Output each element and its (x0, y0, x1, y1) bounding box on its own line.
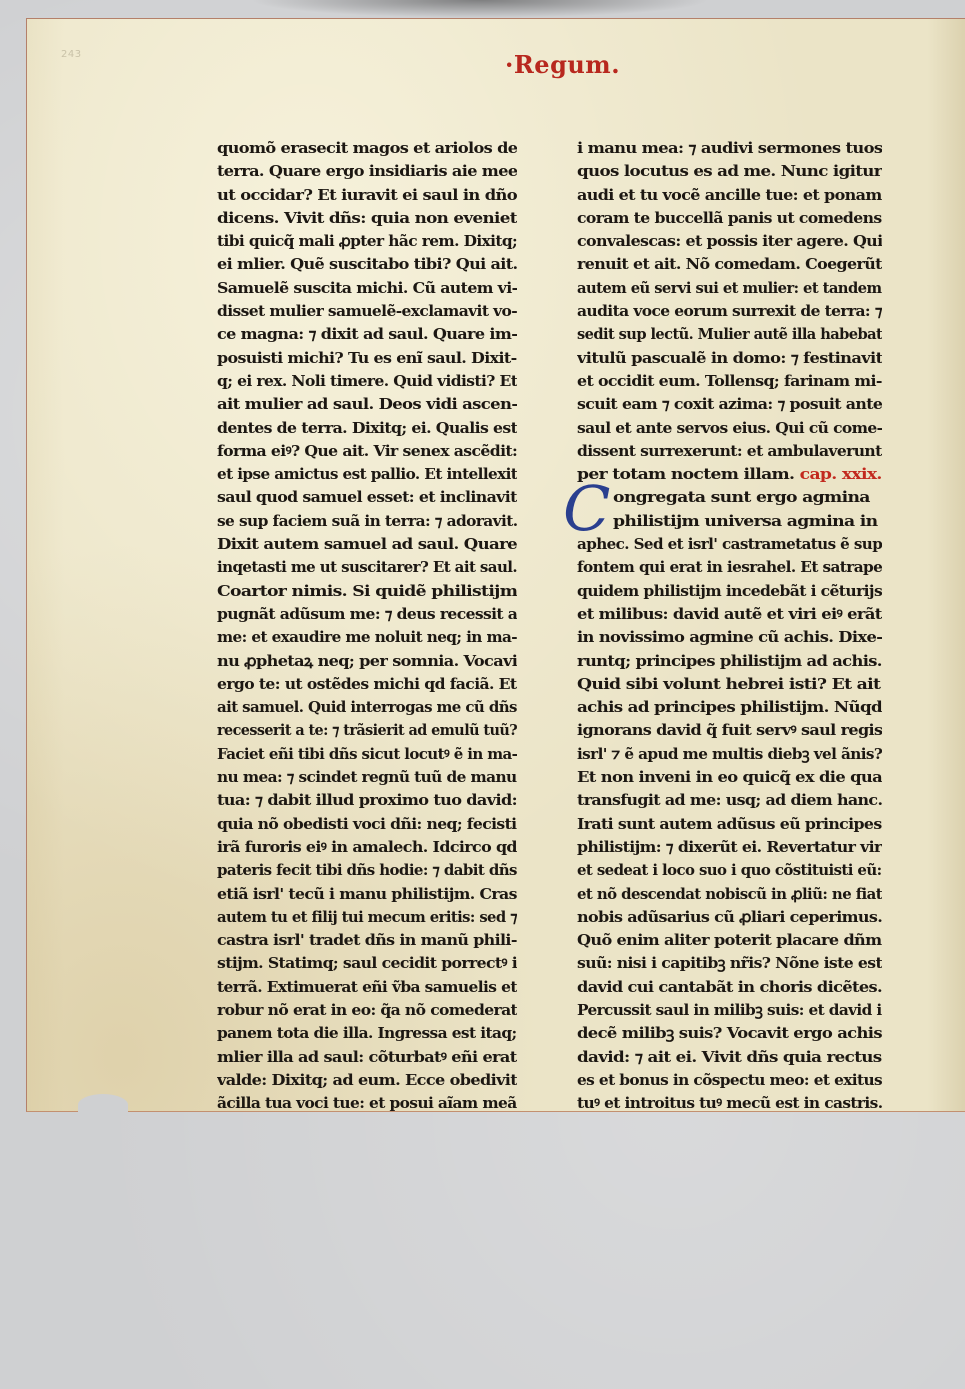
text-line: me: et exaudire me noluit neq; in ma- (217, 626, 517, 649)
text-line: saul et ante servos eius. Qui cũ come- (577, 417, 882, 440)
text-line: et ipse amictus est pallio. Et intellexi… (217, 463, 517, 486)
running-head: ·Regum. (505, 50, 620, 79)
text-line: quia nõ obedisti voci dñi: neq; fecisti (217, 813, 517, 836)
text-line: renuit et ait. Nõ comedam. Coegerũt (577, 253, 882, 276)
text-line: Percussit saul in milibꝫ suis: et david … (577, 999, 882, 1022)
text-line: pugnãt adũsum me: ⁊ deus recessit a (217, 603, 517, 626)
text-line: forma eiꝰ? Que ait. Vir senex ascẽdit: (217, 440, 517, 463)
text-line: vitulũ pascualẽ in domo: ⁊ festinavit (577, 347, 882, 370)
text-line: quidem philistijm incedebãt i cẽturijs (577, 580, 882, 603)
text-line: tua: ⁊ dabit illud proximo tuo david: (217, 789, 517, 812)
text-line: Samuelẽ suscita michi. Cũ autem vi- (217, 277, 517, 300)
text-line: et nõ descendat nobiscũ in ꝓliũ: ne fiat (577, 883, 882, 906)
text-line: q; ei rex. Noli timere. Quid vidisti? Et (217, 370, 517, 393)
text-line: se sup faciem suã in terra: ⁊ adoravit. (217, 510, 517, 533)
text-line: et sedeat i loco suo i quo cõstituisti e… (577, 859, 882, 882)
chapter-heading: cap. xxix. (800, 465, 882, 483)
text-line: Dixit autem samuel ad saul. Quare (217, 533, 517, 556)
text-line: Coartor nimis. Si quidẽ philistijm (217, 580, 517, 603)
text-line: quos locutus es ad me. Nunc igitur (577, 160, 882, 183)
text-line: suũ: nisi i capitibꝫ nr̃is? Nõne iste es… (577, 952, 882, 975)
text-line: nobis adũsarius cũ ꝓliari ceperimus. (577, 906, 882, 929)
text-line: coram te buccellã panis ut comedens (577, 207, 882, 230)
text-line: panem tota die illa. Ingressa est itaq; (217, 1022, 517, 1045)
text-line: inqetasti me ut suscitarer? Et ait saul. (217, 556, 517, 579)
text-line: tibi quicq̃ mali ꝓpter hãc rem. Dixitq; (217, 230, 517, 253)
folio-number: 243 (61, 49, 82, 60)
text-line: scuit eam ⁊ coxit azima: ⁊ posuit ante (577, 393, 882, 416)
text-line: ongregata sunt ergo agmina (577, 486, 882, 509)
text-line: david cui cantabãt in choris dicẽtes. (577, 976, 882, 999)
page-tear (78, 1094, 128, 1116)
text-line: mlier illa ad saul: cõturbatꝰ eñi erat (217, 1046, 517, 1069)
text-line: Quõ enim aliter poterit placare dñm (577, 929, 882, 952)
text-column-right: i manu mea: ⁊ audivi sermones tuosquos l… (577, 137, 882, 1115)
text-line: in novissimo agmine cũ achis. Dixe- (577, 626, 882, 649)
text-line: i manu mea: ⁊ audivi sermones tuos (577, 137, 882, 160)
text-line: ei mlier. Quẽ suscitabo tibi? Qui ait. (217, 253, 517, 276)
text-line: audi et tu vocẽ ancille tue: et ponam (577, 184, 882, 207)
text-line: dentes de terra. Dixitq; ei. Qualis est (217, 417, 517, 440)
text-line: disset mulier samuelẽ-exclamavit vo- (217, 300, 517, 323)
text-line: decẽ milibꝫ suis? Vocavit ergo achis (577, 1022, 882, 1045)
text-line: runtq; principes philistijm ad achis. (577, 650, 882, 673)
text-line: philistijm: ⁊ dixerũt ei. Revertatur vir (577, 836, 882, 859)
text-line: transfugit ad me: usq; ad diem hanc. (577, 789, 882, 812)
text-line: audita voce eorum surrexit de terra: ⁊ (577, 300, 882, 323)
text-line: etiã isrl' tecũ i manu philistijm. Cras (217, 883, 517, 906)
text-line: david: ⁊ ait ei. Vivit dñs quia rectus (577, 1046, 882, 1069)
text-column-left: quomõ erasecit magos et ariolos deterra.… (217, 137, 517, 1115)
text-line: ait samuel. Quid interrogas me cũ dñs (217, 696, 517, 719)
text-line: achis ad principes philistijm. Nũqd (577, 696, 882, 719)
text-line: castra isrl' tradet dñs in manũ phili- (217, 929, 517, 952)
text-line: posuisti michi? Tu es enĩ saul. Dixit- (217, 347, 517, 370)
text-line: autem tu et filij tui mecum eritis: sed … (217, 906, 517, 929)
text-line: Faciet eñi tibi dñs sicut locutꝰ ẽ in ma… (217, 743, 517, 766)
text-line: nu mea: ⁊ scindet regnũ tuũ de manu (217, 766, 517, 789)
text-line: Quid sibi volunt hebrei isti? Et ait (577, 673, 882, 696)
text-line: autem eũ servi sui et mulier: et tandem (577, 277, 882, 300)
text-line: tuꝰ et introitus tuꝰ mecũ est in castris… (577, 1092, 882, 1115)
text-line: et milibus: david autẽ et viri eiꝰ erãt (577, 603, 882, 626)
text-line: recesserit a te: ⁊ trãsierit ad emulũ tu… (217, 719, 517, 742)
text-line: philistijm universa agmina in (577, 510, 882, 533)
manuscript-page: 243 ·Regum. quomõ erasecit magos et ario… (26, 18, 965, 1112)
text-line: fontem qui erat in iesrahel. Et satrape (577, 556, 882, 579)
text-line: terrã. Extimuerat eñi ṽba samuelis et (217, 976, 517, 999)
text-line: et occidit eum. Tollensq; farinam mi- (577, 370, 882, 393)
text-line: ut occidar? Et iuravit ei saul in dño (217, 184, 517, 207)
book-cradle-shadow (250, 0, 710, 18)
text-line: valde: Dixitq; ad eum. Ecce obedivit (217, 1069, 517, 1092)
text-line: ergo te: ut ostẽdes michi qd faciã. Et (217, 673, 517, 696)
text-line: irã furoris eiꝰ in amalech. Idcirco qd (217, 836, 517, 859)
text-line: Et non inveni in eo quicq̃ ex die qua (577, 766, 882, 789)
text-line: pateris fecit tibi dñs hodie: ⁊ dabit dñ… (217, 859, 517, 882)
text-line: quomõ erasecit magos et ariolos de (217, 137, 517, 160)
text-line: convalescas: et possis iter agere. Qui (577, 230, 882, 253)
text-line: isrl' ⁊ ẽ apud me multis diebꝫ vel ãnis? (577, 743, 882, 766)
text-line: Irati sunt autem adũsus eũ principes (577, 813, 882, 836)
text-line: sedit sup lectũ. Mulier autẽ illa habeba… (577, 323, 882, 346)
text-line: ce magna: ⁊ dixit ad saul. Quare im- (217, 323, 517, 346)
text-line: nu ꝓphetaꝝ neq; per somnia. Vocavi (217, 650, 517, 673)
text-line: terra. Quare ergo insidiaris aie mee (217, 160, 517, 183)
text-line: aphec. Sed et isrl' castrametatus ẽ sup (577, 533, 882, 556)
text-line: ignorans david q̃ fuit servꝰ saul regis (577, 719, 882, 742)
chapter-line: per totam noctem illam. cap. xxix. (577, 463, 882, 486)
decorated-initial-letter: C (563, 478, 610, 540)
text-line: saul quod samuel esset: et inclinavit (217, 486, 517, 509)
text-line: es et bonus in cõspectu meo: et exitus (577, 1069, 882, 1092)
text-line: dicens. Vivit dñs: quia non eveniet (217, 207, 517, 230)
text-line: robur nõ erat in eo: q̃a nõ comederat (217, 999, 517, 1022)
text-line: ait mulier ad saul. Deos vidi ascen- (217, 393, 517, 416)
text-line: ãcilla tua voci tue: et posui aĩam meã (217, 1092, 517, 1115)
text-line: stijm. Statimq; saul cecidit porrectꝰ i (217, 952, 517, 975)
text-line: dissent surrexerunt: et ambulaverunt (577, 440, 882, 463)
